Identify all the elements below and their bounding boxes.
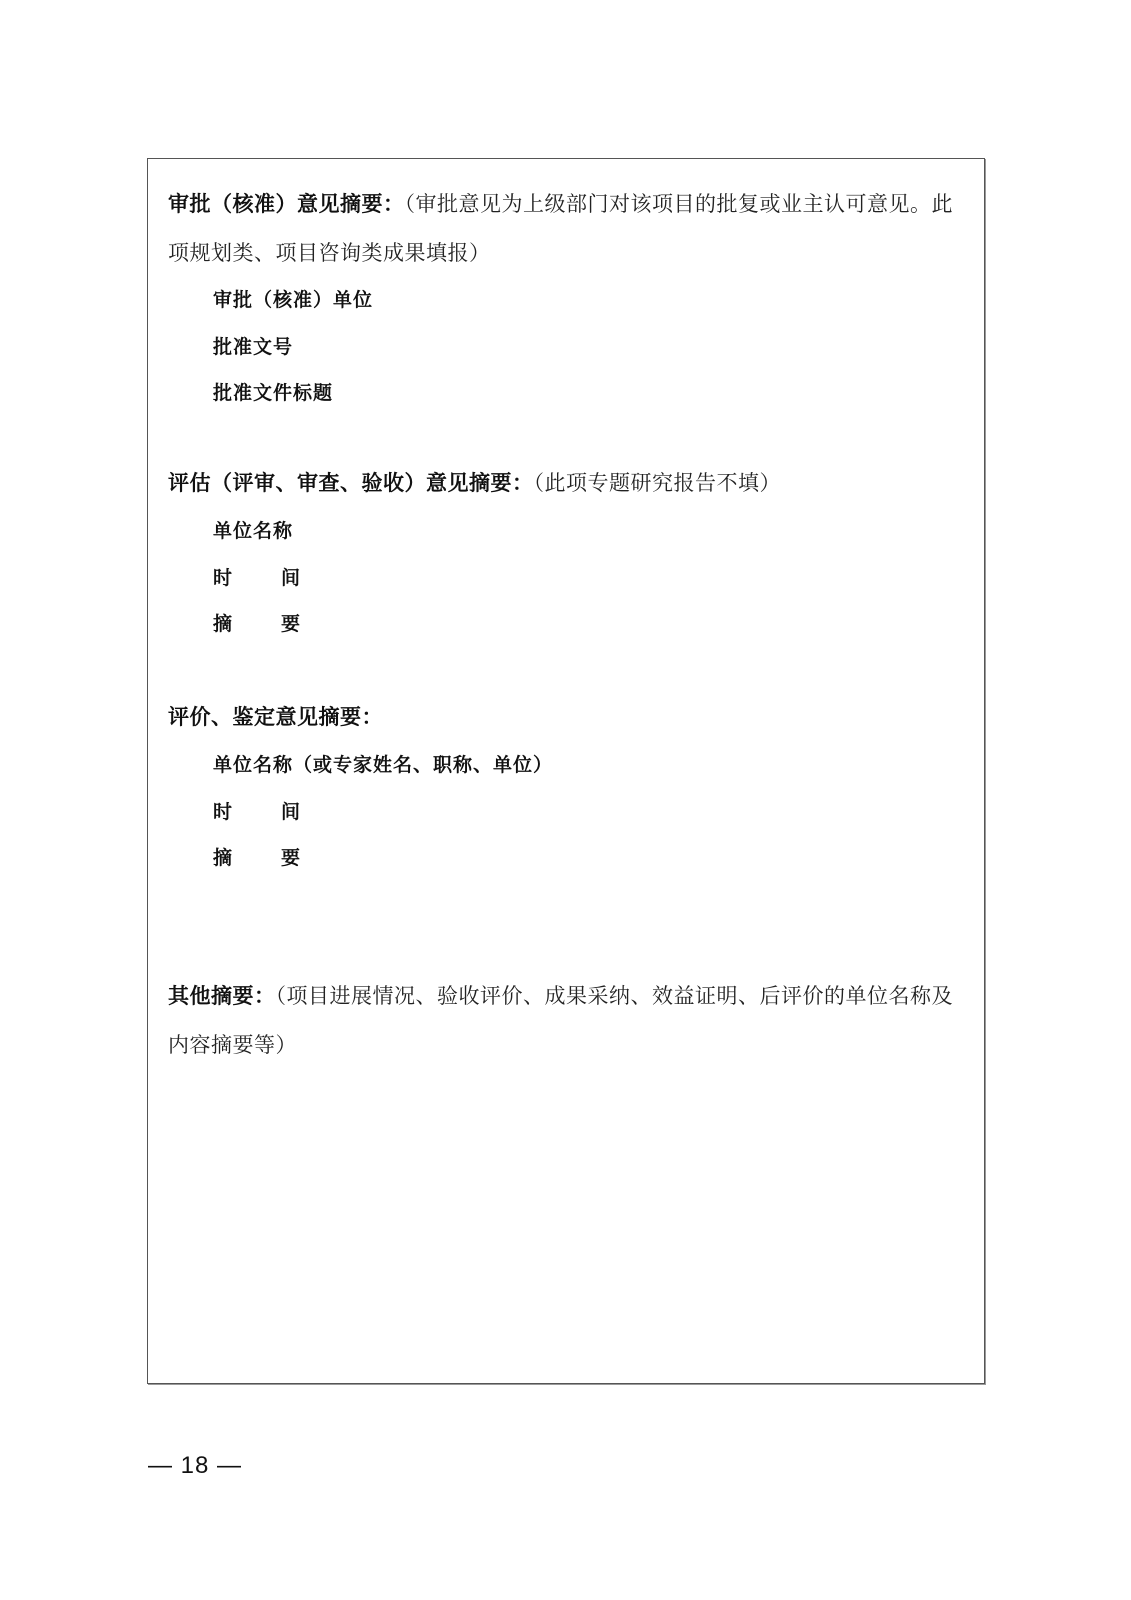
- field-unit-name: 单位名称: [168, 508, 968, 555]
- field-time: 时间: [168, 789, 968, 836]
- section-note: （项目进展情况、验收评价、成果采纳、效益证明、后评价的单位名称及内容摘要等）: [168, 984, 953, 1057]
- field-summary-char-2: 要: [281, 613, 301, 635]
- section-heading: 评价、鉴定意见摘要：: [168, 693, 968, 742]
- field-summary: 摘要: [168, 835, 968, 882]
- field-summary-char-1: 摘: [213, 847, 233, 869]
- field-time: 时间: [168, 555, 968, 602]
- field-time-char-2: 间: [281, 567, 301, 589]
- field-summary: 摘要: [168, 601, 968, 648]
- section-heading: 评估（评审、审查、验收）意见摘要：（此项专题研究报告不填）: [168, 459, 968, 508]
- section-title: 审批（核准）意见摘要：: [168, 193, 405, 216]
- field-approval-number: 批准文号: [168, 324, 968, 371]
- section-heading: 审批（核准）意见摘要：（审批意见为上级部门对该项目的批复或业主认可意见。此项规划…: [168, 180, 968, 277]
- section-title: 评估（评审、审查、验收）意见摘要：: [168, 472, 534, 495]
- field-summary-char-1: 摘: [213, 613, 233, 635]
- field-time-char-2: 间: [281, 801, 301, 823]
- section-assessment: 评估（评审、审查、验收）意见摘要：（此项专题研究报告不填） 单位名称 时间 摘要: [168, 459, 968, 648]
- field-time-char-1: 时: [213, 801, 233, 823]
- field-time-char-1: 时: [213, 567, 233, 589]
- section-other: 其他摘要：（项目进展情况、验收评价、成果采纳、效益证明、后评价的单位名称及内容摘…: [168, 972, 968, 1069]
- section-approval: 审批（核准）意见摘要：（审批意见为上级部门对该项目的批复或业主认可意见。此项规划…: [168, 180, 968, 417]
- field-summary-char-2: 要: [281, 847, 301, 869]
- section-heading: 其他摘要：（项目进展情况、验收评价、成果采纳、效益证明、后评价的单位名称及内容摘…: [168, 972, 968, 1069]
- field-approval-unit: 审批（核准）单位: [168, 277, 968, 324]
- field-unit-or-expert: 单位名称（或专家姓名、职称、单位）: [168, 742, 968, 789]
- section-title: 评价、鉴定意见摘要：: [168, 706, 383, 729]
- section-title: 其他摘要：: [168, 985, 276, 1008]
- form-box: 审批（核准）意见摘要：（审批意见为上级部门对该项目的批复或业主认可意见。此项规划…: [147, 158, 985, 1384]
- page-number: — 18 —: [148, 1452, 242, 1480]
- section-evaluation: 评价、鉴定意见摘要： 单位名称（或专家姓名、职称、单位） 时间 摘要: [168, 693, 968, 882]
- field-approval-doc-title: 批准文件标题: [168, 370, 968, 417]
- section-note: （此项专题研究报告不填）: [534, 471, 782, 495]
